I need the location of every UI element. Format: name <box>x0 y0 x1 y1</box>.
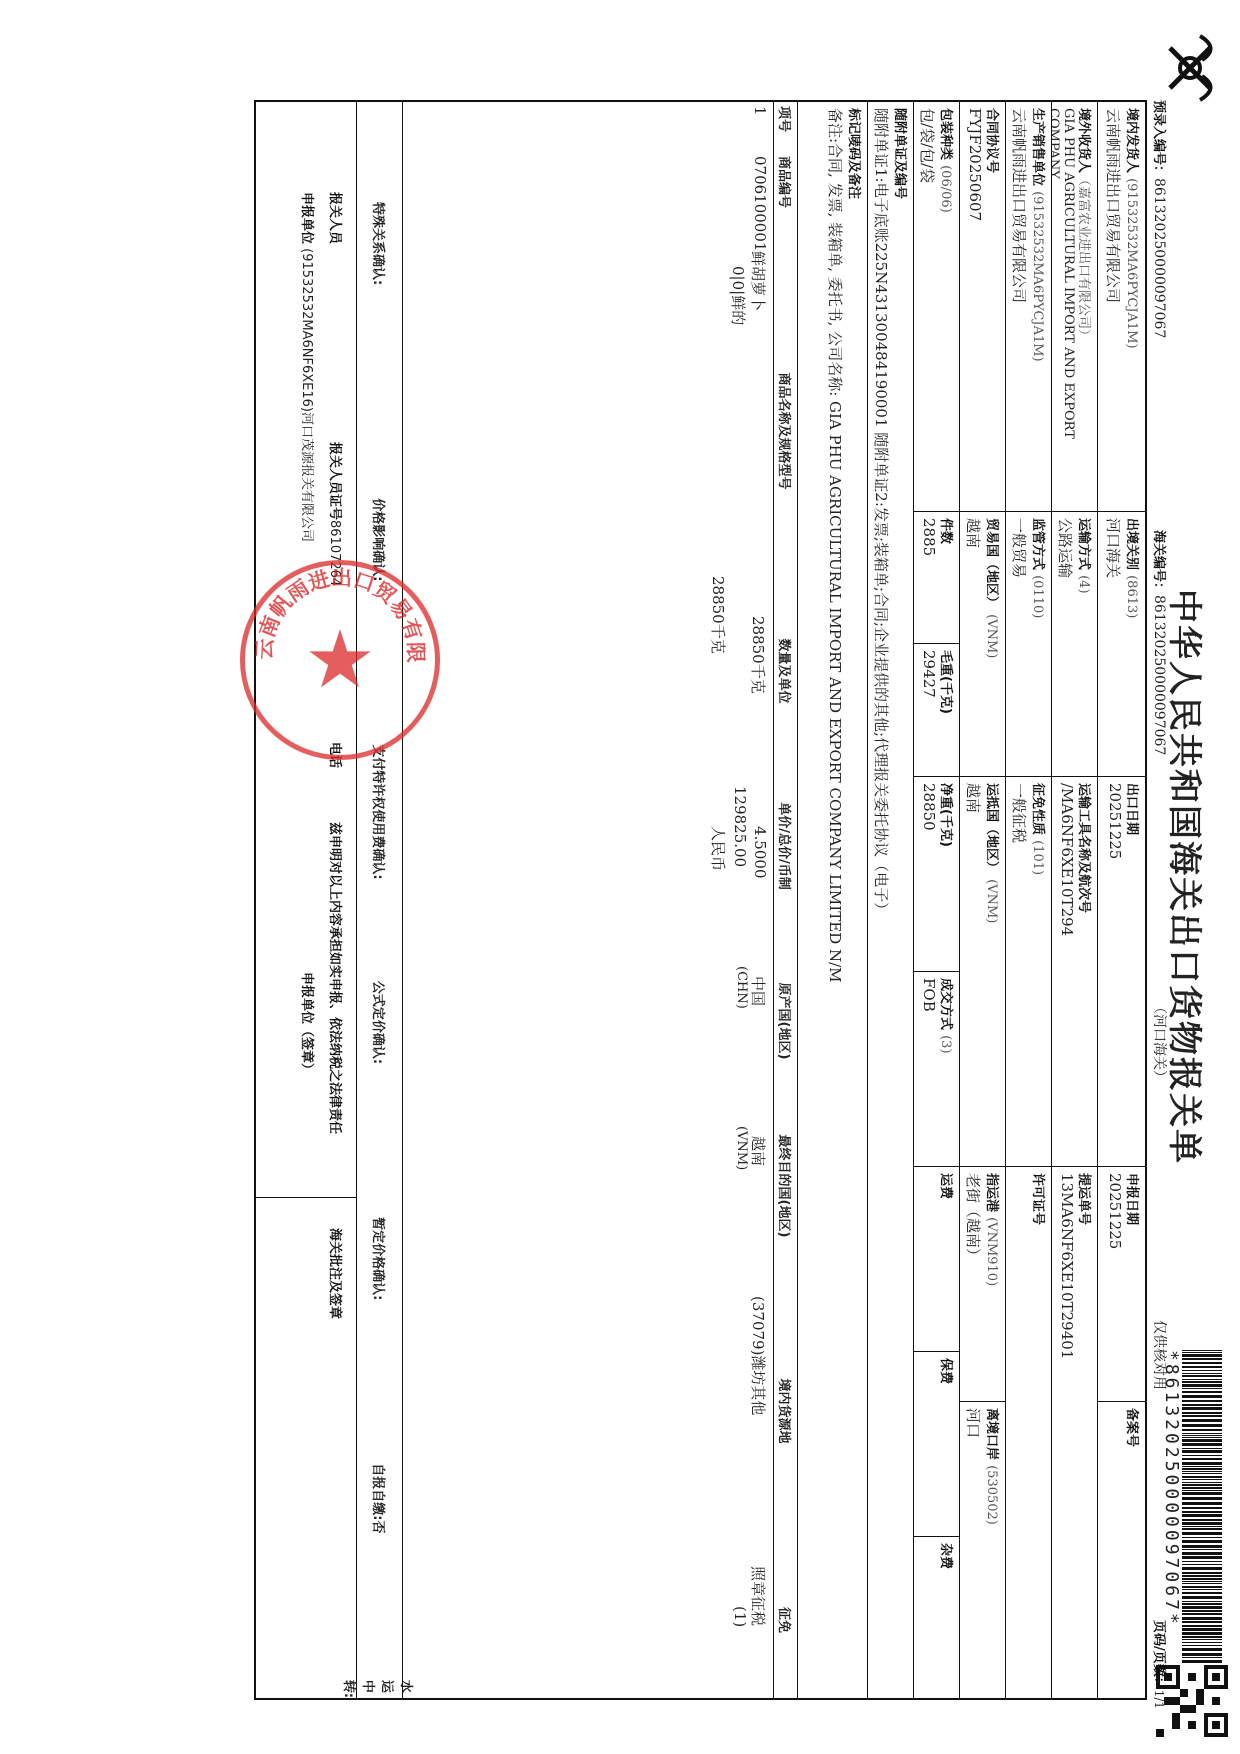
value: 一般征税 <box>1009 783 1030 1160</box>
col-source: 境内货源地 <box>776 1276 795 1546</box>
value: 28850 <box>920 783 938 965</box>
label: 合同协议号 <box>984 108 1003 505</box>
label: 保费 <box>938 1358 957 1530</box>
field-pieces: 件数 2885 <box>914 512 959 644</box>
field-bill-no: 提运单号 13MA6NF6XE10T29401 <box>1052 1167 1097 1698</box>
company-seal: 云南帆雨进出口贸易有限公司 ★ <box>240 560 440 760</box>
footer-section: 报关人员 报关人员证号86107264 电话 兹申明对以上内容承担如实申报、依法… <box>256 102 356 1698</box>
page-indicator: 页码/页数：1/1 <box>1151 1620 1170 1709</box>
form-row-2: 境外收货人（嘉富农业进出口有限公司） GIA PHU AGRICULTURAL … <box>1051 102 1097 1698</box>
field-gross-weight: 毛重(千克) 29427 <box>914 644 959 777</box>
field-domestic-shipper: 境内发货人 (91532532MA6PYCJA1M) 云南帆雨进出口贸易有限公司 <box>1098 102 1145 512</box>
label: 备案号 <box>1124 1408 1143 1692</box>
form-row-marks: 标记唛码及备注 备注:合同, 发票, 装箱单, 委托书, 公司名称: GIA P… <box>797 102 867 1698</box>
currency: 人民币 <box>708 826 729 871</box>
field-license-no: 许可证号 <box>1006 1167 1051 1698</box>
unit-label: 申报单位 <box>299 192 314 244</box>
royalty: 支付特许权使用费确认: <box>370 744 389 970</box>
label: 征免性质 <box>1030 783 1045 835</box>
value: /MA6NF6XE10T294 <box>1058 783 1076 1160</box>
col-destination: 最终目的国(地区) <box>776 1096 795 1276</box>
label: 监管方式 <box>1030 518 1045 570</box>
col-hs-code: 商品编号 <box>776 156 795 266</box>
col-item-no: 项号 <box>776 106 795 156</box>
label: 境内发货人 <box>1124 108 1139 173</box>
field-supervision: 监管方式 (0110) 一般贸易 <box>1006 512 1051 777</box>
field-insurance: 保费 <box>914 1352 959 1537</box>
field-declare-date: 申报日期 20251225 <box>1098 1167 1145 1402</box>
unit-seal-label: 申报单位（签章） <box>299 972 318 1076</box>
code: (VNM) <box>984 879 999 923</box>
field-attached-docs: 随附单证及编号 随附单证1:电子底账225N431300484190001 随附… <box>868 102 913 1698</box>
confirmations-row: 特殊关系确认: 价格影响确认: 支付特许权使用费确认: 公式定价确认: 暂定价格… <box>356 102 402 1698</box>
field-producer: 生产销售单位 (91532532MA6PYCJA1M) 云南帆雨进出口贸易有限公… <box>1006 102 1051 512</box>
label: 出境关别 <box>1124 518 1139 570</box>
field-trade-country: 贸易国（地区） (VNM) 越南 <box>960 512 1005 777</box>
value: 2885 <box>920 518 938 637</box>
value: 29427 <box>920 650 938 770</box>
field-exit-customs: 出境关别 (8613) 河口海关 <box>1098 512 1145 777</box>
origin-country: 中国 <box>748 976 769 1006</box>
form-row-1: 境内发货人 (91532532MA6PYCJA1M) 云南帆雨进出口贸易有限公司… <box>1097 102 1145 1698</box>
barcode-text: *861320250000097067* <box>1161 1350 1182 1664</box>
field-dest-country: 运抵国（地区） (VNM) 越南 <box>960 777 1005 1167</box>
label: 提运单号 <box>1076 1173 1095 1692</box>
domestic-source: (37079)潍坊其他 <box>748 1296 769 1415</box>
label: 出口日期 <box>1124 783 1143 1160</box>
value: 云南帆雨进出口贸易有限公司 <box>1009 108 1030 505</box>
value: 河口 <box>963 1408 984 1692</box>
label: 贸易国（地区） <box>984 518 999 609</box>
label: 指运港 <box>984 1173 999 1212</box>
field-freight: 运费 <box>914 1167 959 1352</box>
col-price: 单价/总价/币制 <box>776 746 795 946</box>
field-package-type: 包装种类 (06/06) 包/袋/包/袋 <box>914 102 959 512</box>
quantity-1: 28850千克 <box>748 616 769 694</box>
field-contract-no: 合同协议号 FYJF20250607 <box>960 102 1005 512</box>
label: 申报日期 <box>1124 1173 1143 1395</box>
declarant-cert-label: 报关人员证号 <box>327 442 342 520</box>
hs-code: 0706100001 <box>751 156 769 251</box>
form-row-4: 合同协议号 FYJF20250607 贸易国（地区） (VNM) 越南 运抵国（… <box>959 102 1005 1698</box>
label: 生产销售单位 <box>1030 108 1045 186</box>
product-spec: 0|0|鲜的 <box>728 266 749 325</box>
value: 20251225 <box>1106 783 1124 1160</box>
label: 成交方式 <box>938 978 953 1030</box>
special-relation: 特殊关系确认: <box>370 102 389 438</box>
form-row-5: 包装种类 (06/06) 包/袋/包/袋 件数 2885 毛重(千克) 2942… <box>913 102 959 1698</box>
value: 越南 <box>963 783 984 1160</box>
code: (91532532MA6PYCJA1M) <box>1124 178 1139 349</box>
value: 公路运输 <box>1055 518 1076 770</box>
label: 标记唛码及备注 <box>846 108 865 1692</box>
field-export-date: 出口日期 20251225 <box>1098 777 1145 1167</box>
preparer-number: 预录入编号：861320250000097067 <box>1151 100 1170 338</box>
customs-no-value: 861320250000097067 <box>1151 595 1167 755</box>
destination-country: 越南 <box>748 1136 769 1166</box>
code: (530502) <box>984 1465 999 1525</box>
field-transport-mode: 运输方式 (4) 公路运输 <box>1052 512 1097 777</box>
code: (06/06) <box>938 165 953 213</box>
value: 包/袋/包/袋 <box>917 108 938 505</box>
customs-no-label: 海关编号： <box>1151 530 1166 595</box>
value: FYJF20250607 <box>966 108 984 505</box>
self-pay: 自报自缴:否 <box>370 1463 389 1680</box>
label: 运费 <box>938 1173 957 1345</box>
declaration-statement: 兹申明对以上内容承担如实申报、依法纳税之法律责任 <box>327 822 346 1134</box>
duty-code: (1) <box>731 1606 749 1627</box>
code: (8613) <box>1124 575 1139 618</box>
form-row-3: 生产销售单位 (91532532MA6PYCJA1M) 云南帆雨进出口贸易有限公… <box>1005 102 1051 1698</box>
label: 毛重(千克) <box>938 650 957 770</box>
origin-code: (CHN) <box>734 966 749 1009</box>
customs-approval-label: 海关批注及签章 <box>327 1228 346 1319</box>
col-name: 商品名称及规格型号 <box>776 266 795 596</box>
code: (VNM910) <box>984 1217 999 1286</box>
label: 境外收货人 <box>1076 108 1091 173</box>
value: 备注:合同, 发票, 装箱单, 委托书, 公司名称: GIA PHU AGRIC… <box>825 108 846 1692</box>
check-only-note: 仅供核对用 <box>1150 1320 1170 1390</box>
value: GIA PHU AGRICULTURAL IMPORT AND EXPORT C… <box>1052 108 1076 505</box>
total-price: 129825.00 <box>731 786 749 867</box>
label: 包装种类 <box>938 108 953 160</box>
field-dest-port: 指运港 (VNM910) 老街（越南） <box>960 1167 1005 1402</box>
formula-price: 公式定价确认: <box>370 971 389 1217</box>
value: 老街（越南） <box>963 1173 984 1395</box>
field-exit-port: 离境口岸 (530502) 河口 <box>960 1402 1005 1698</box>
field-vehicle: 运输工具名称及航次号 /MA6NF6XE10T294 <box>1052 777 1097 1167</box>
value: 13MA6NF6XE10T29401 <box>1058 1173 1076 1692</box>
code: (4) <box>1076 575 1091 593</box>
declarant-label: 报关人员 <box>327 192 346 244</box>
label: 离境口岸 <box>984 1408 999 1460</box>
value: 20251225 <box>1106 1173 1124 1395</box>
provisional-price: 暂定价格确认: <box>370 1217 389 1463</box>
page-label: 页码/页数： <box>1151 1620 1166 1690</box>
code: (3) <box>938 1035 953 1053</box>
form-row-attached-docs: 随附单证及编号 随附单证1:电子底账225N431300484190001 随附… <box>867 102 913 1698</box>
code: （嘉富农业进出口有限公司） <box>1076 173 1091 342</box>
col-origin: 原产国(地区) <box>776 946 795 1096</box>
label: 许可证号 <box>1030 1173 1049 1692</box>
label: 杂费 <box>938 1543 957 1692</box>
quantity-2: 28850千克 <box>708 576 729 654</box>
field-tax-nature: 征免性质 (101) 一般征税 <box>1006 777 1051 1167</box>
col-duty: 征免 <box>776 1546 795 1694</box>
preparer-label: 预录入编号： <box>1151 100 1166 178</box>
item-no: 1 <box>751 106 769 116</box>
col-quantity: 数量及单位 <box>776 596 795 746</box>
label: 件数 <box>938 518 957 637</box>
field-overseas-consignee: 境外收货人（嘉富农业进出口有限公司） GIA PHU AGRICULTURAL … <box>1052 102 1097 512</box>
customs-office: （河口海关） <box>1150 1000 1170 1084</box>
unit-price: 4.5000 <box>751 826 769 879</box>
star-icon: ★ <box>304 620 376 700</box>
value: 河口海关 <box>1103 518 1124 770</box>
unit-code: (91532532MA6NF6XE16) <box>299 248 314 412</box>
page-value: 1/1 <box>1152 1690 1166 1709</box>
unit-name: 河口茂源报关有限公司 <box>299 412 314 542</box>
field-misc: 杂费 <box>914 1537 959 1698</box>
label: 运输方式 <box>1076 518 1091 570</box>
field-marks: 标记唛码及备注 备注:合同, 发票, 装箱单, 委托书, 公司名称: GIA P… <box>798 102 867 1698</box>
field-net-weight: 净重(千克) 28850 <box>914 777 959 972</box>
preparer-value: 861320250000097067 <box>1151 178 1167 338</box>
value: 一般贸易 <box>1009 518 1030 770</box>
barcode: *861320250000097067* <box>1161 1350 1222 1664</box>
declaration-form: 境内发货人 (91532532MA6PYCJA1M) 云南帆雨进出口贸易有限公司… <box>254 100 1147 1700</box>
customs-declaration-sheet: 中华人民共和国海关出口货物报关单 *861320250000097067* 预录… <box>0 0 1240 1754</box>
label: 运输工具名称及航次号 <box>1076 783 1095 1160</box>
product-name: 鲜胡萝卜 <box>748 251 769 311</box>
value: 越南 <box>963 518 984 770</box>
code: (VNM) <box>984 614 999 658</box>
value: FOB <box>920 978 938 1160</box>
goods-table-header: 项号 商品编号 商品名称及规格型号 数量及单位 单价/总价/币制 原产国(地区)… <box>773 102 797 1698</box>
field-record-no: 备案号 <box>1098 1402 1145 1698</box>
duty: 照章征税 <box>748 1566 769 1626</box>
code: (91532532MA6PYCJA1M) <box>1030 191 1045 362</box>
value: 云南帆雨进出口贸易有限公司 <box>1103 108 1124 505</box>
value: 随附单证1:电子底账225N431300484190001 随附单证2:发票;装… <box>871 108 892 1692</box>
label: 净重(千克) <box>938 783 957 965</box>
field-transaction: 成交方式 (3) FOB <box>914 972 959 1167</box>
code: (0110) <box>1030 575 1045 618</box>
destination-code: (VNM) <box>734 1126 749 1170</box>
label: 运抵国（地区） <box>984 783 999 874</box>
customs-number: 海关编号：861320250000097067 <box>1151 530 1170 755</box>
customs-approval-block: 海关批注及签章 <box>256 1198 356 1698</box>
code: (101) <box>1030 840 1045 875</box>
goods-table-body: 1 0706100001 鲜胡萝卜 0|0|鲜的 28850千克 28850千克… <box>402 102 773 1698</box>
label: 随附单证及编号 <box>892 108 911 1692</box>
